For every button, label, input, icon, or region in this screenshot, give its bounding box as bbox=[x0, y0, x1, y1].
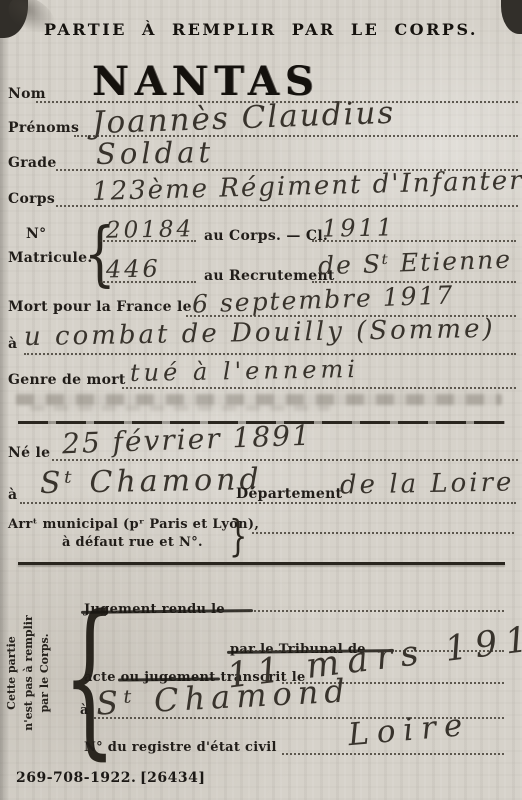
label-registre-etat-civil: N° du registre d'état civil bbox=[84, 740, 277, 755]
matricule-recrutement-number-handwritten: 446 bbox=[106, 255, 161, 284]
label-acte-prefix: acte bbox=[84, 670, 116, 685]
footer-series-number: [26434] bbox=[140, 770, 205, 786]
field-label-genre-de-mort: Genre de mort bbox=[8, 372, 126, 388]
field-label-corps: Corps bbox=[8, 191, 55, 207]
ink-transfer-smudge bbox=[16, 394, 502, 405]
grade-value-handwritten: Soldat bbox=[96, 135, 215, 171]
field-label-matricule: Matricule. bbox=[8, 250, 93, 266]
field-label-prenoms: Prénoms bbox=[8, 120, 79, 136]
footer-imprint: 269-708-1922. bbox=[16, 770, 136, 786]
classe-value-handwritten: 1911 bbox=[322, 213, 396, 242]
arrondissement-brace: } bbox=[229, 514, 247, 557]
ink-transfer-smudge bbox=[30, 405, 330, 411]
genre-mort-handwritten: tué à l'ennemi bbox=[130, 355, 359, 387]
label-jugement-rendu-struck: Jugement rendu le bbox=[84, 602, 225, 617]
label-lieu-transcription: à bbox=[80, 703, 89, 718]
label-au-corps: au Corps. — Cl. bbox=[204, 228, 328, 244]
dotted-line bbox=[234, 596, 504, 612]
field-label-grade: Grade bbox=[8, 155, 57, 171]
side-note-line: Cette partie bbox=[5, 636, 18, 710]
lieu-naissance-handwritten: Sᵗ Chamond bbox=[40, 462, 263, 501]
field-label-departement: Département bbox=[236, 486, 342, 502]
field-label-lieu-mort: à bbox=[8, 336, 17, 352]
side-note-line: n'est pas à remplir bbox=[22, 615, 35, 731]
page-title: PARTIE À REMPLIR PAR LE CORPS. bbox=[0, 20, 522, 39]
military-death-record-card: PARTIE À REMPLIR PAR LE CORPS. Nom NANTA… bbox=[0, 0, 522, 800]
departement-naissance-handwritten: de la Loire bbox=[340, 467, 515, 500]
side-note-rotated: Cette partie n'est pas à remplir par le … bbox=[4, 585, 60, 761]
field-label-arrondissement-1: Arrᵗ municipal (pʳ Paris et Lyon), bbox=[8, 517, 259, 532]
field-label-lieu-naissance: à bbox=[8, 487, 17, 503]
field-label-arrondissement-2: à défaut rue et N°. bbox=[62, 535, 203, 550]
field-label-mort-pour-la-france: Mort pour la France le bbox=[8, 299, 192, 315]
field-label-numero: N° bbox=[26, 226, 46, 242]
dotted-line bbox=[282, 739, 504, 755]
side-note-line: par le Corps. bbox=[38, 633, 51, 712]
dotted-line bbox=[252, 518, 514, 534]
field-label-ne-le: Né le bbox=[8, 445, 50, 461]
section-divider-thick bbox=[18, 562, 505, 565]
matricule-corps-number-handwritten: 20184 bbox=[106, 216, 195, 244]
